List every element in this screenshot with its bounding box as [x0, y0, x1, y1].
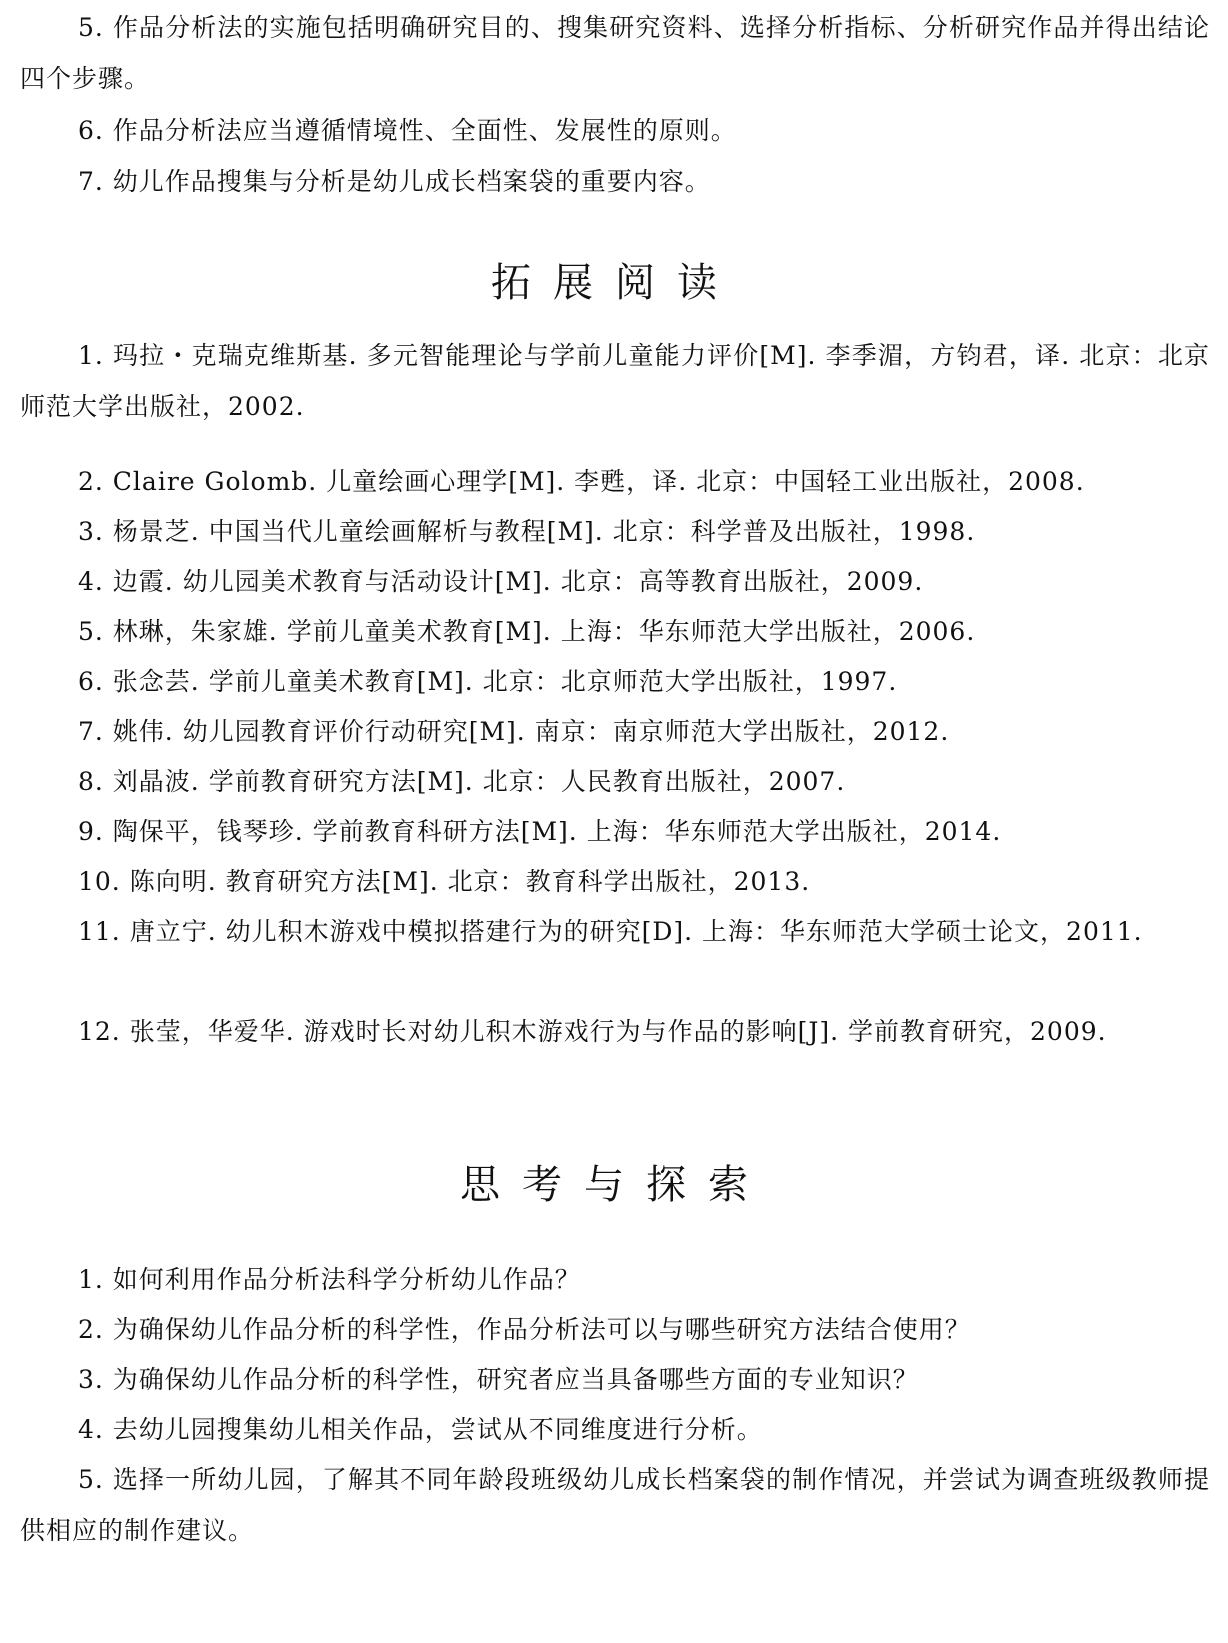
reference-item: 6. 张念芸. 学前儿童美术教育[M]. 北京：北京师范大学出版社，1997.: [20, 656, 1210, 707]
reference-item: 3. 杨景芝. 中国当代儿童绘画解析与教程[M]. 北京：科学普及出版社，199…: [20, 506, 1210, 557]
reference-item: 1. 玛拉・克瑞克维斯基. 多元智能理论与学前儿童能力评价[M]. 李季湄，方钧…: [20, 330, 1210, 432]
reference-item: 11. 唐立宁. 幼儿积木游戏中模拟搭建行为的研究[D]. 上海：华东师范大学硕…: [20, 906, 1210, 957]
question-item: 5. 选择一所幼儿园，了解其不同年龄段班级幼儿成长档案袋的制作情况，并尝试为调查…: [20, 1454, 1210, 1556]
reference-item: 7. 姚伟. 幼儿园教育评价行动研究[M]. 南京：南京师范大学出版社，2012…: [20, 706, 1210, 757]
summary-item-7: 7. 幼儿作品搜集与分析是幼儿成长档案袋的重要内容。: [20, 156, 1210, 207]
question-item: 1. 如何利用作品分析法科学分析幼儿作品？: [20, 1254, 1210, 1305]
reference-item: 9. 陶保平，钱琴珍. 学前教育科研方法[M]. 上海：华东师范大学出版社，20…: [20, 806, 1210, 857]
reference-item: 8. 刘晶波. 学前教育研究方法[M]. 北京：人民教育出版社，2007.: [20, 756, 1210, 807]
section-title-think-and-explore: 思考与探索: [20, 1160, 1210, 1210]
question-item: 3. 为确保幼儿作品分析的科学性，研究者应当具备哪些方面的专业知识？: [20, 1354, 1210, 1405]
summary-item-6: 6. 作品分析法应当遵循情境性、全面性、发展性的原则。: [20, 105, 1210, 156]
reference-item: 4. 边霞. 幼儿园美术教育与活动设计[M]. 北京：高等教育出版社，2009.: [20, 556, 1210, 607]
reference-item: 12. 张莹，华爱华. 游戏时长对幼儿积木游戏行为与作品的影响[J]. 学前教育…: [20, 1006, 1210, 1057]
question-item: 2. 为确保幼儿作品分析的科学性，作品分析法可以与哪些研究方法结合使用？: [20, 1304, 1210, 1355]
reference-item: 10. 陈向明. 教育研究方法[M]. 北京：教育科学出版社，2013.: [20, 856, 1210, 907]
question-item: 4. 去幼儿园搜集幼儿相关作品，尝试从不同维度进行分析。: [20, 1404, 1210, 1455]
summary-item-5: 5. 作品分析法的实施包括明确研究目的、搜集研究资料、选择分析指标、分析研究作品…: [20, 2, 1210, 104]
reference-item: 2. Claire Golomb. 儿童绘画心理学[M]. 李甦，译. 北京：中…: [20, 456, 1210, 507]
section-title-extended-reading: 拓展阅读: [20, 258, 1210, 308]
reference-item: 5. 林琳，朱家雄. 学前儿童美术教育[M]. 上海：华东师范大学出版社，200…: [20, 606, 1210, 657]
